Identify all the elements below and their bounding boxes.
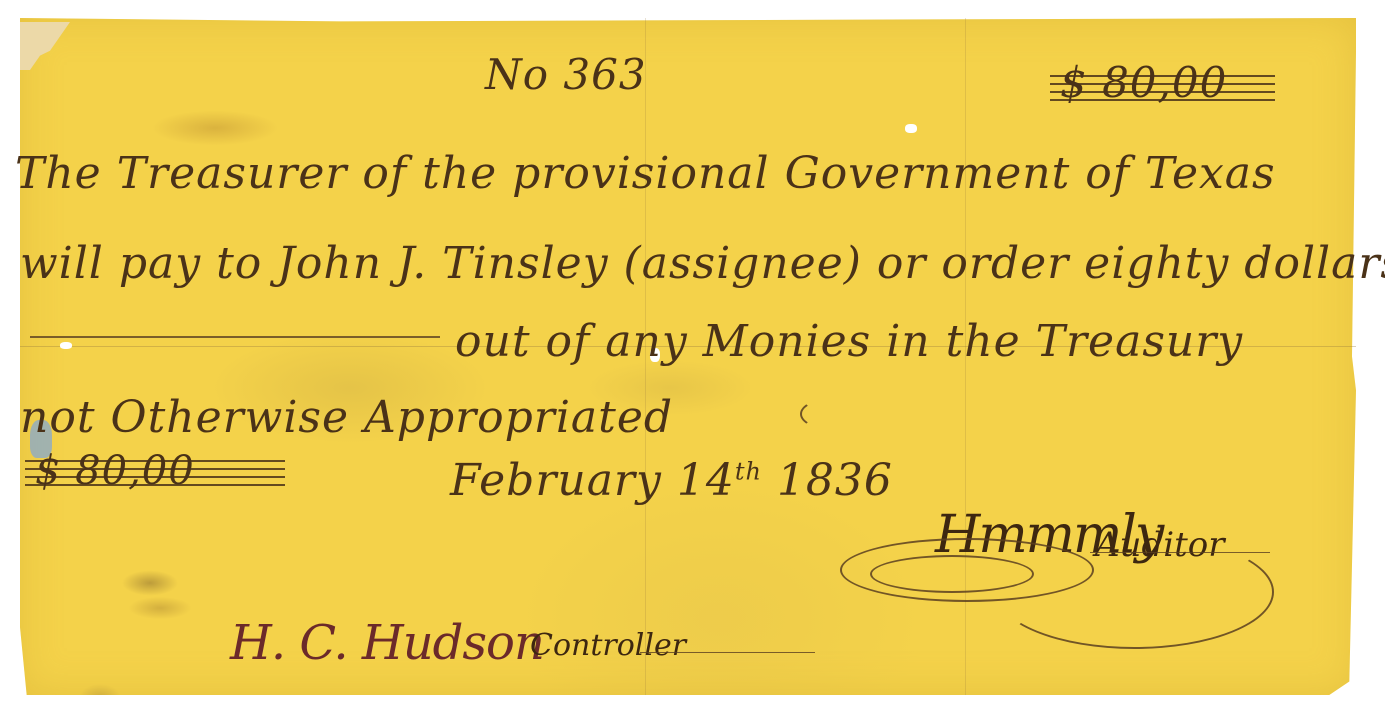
date-day-suffix: th (735, 457, 762, 485)
amount-bottom: $ 80,00 (35, 448, 195, 494)
paper-hole (60, 342, 72, 349)
paper-hole (905, 124, 917, 133)
warrant-number: No 363 (485, 50, 647, 99)
body-line-2: will pay to John J. Tinsley (assignee) o… (20, 238, 1385, 289)
auditor-paraph-flourish (995, 535, 1274, 649)
controller-underline (640, 652, 815, 653)
body-line-4: not Otherwise Appropriated (20, 392, 673, 443)
date-day: 14 (677, 455, 735, 506)
controller-title: Controller (530, 628, 686, 663)
amount-top: $ 80,00 (1060, 58, 1227, 107)
fill-line (30, 336, 440, 338)
line-flourish (800, 398, 864, 430)
body-line-1: The Treasurer of the provisional Governm… (15, 148, 1276, 199)
controller-signature: H. C. Hudson (230, 615, 544, 671)
body-line-3: out of any Monies in the Treasury (455, 316, 1243, 367)
date: February 14th 1836 (450, 455, 893, 506)
date-month: February (450, 455, 662, 506)
date-year: 1836 (777, 455, 893, 506)
